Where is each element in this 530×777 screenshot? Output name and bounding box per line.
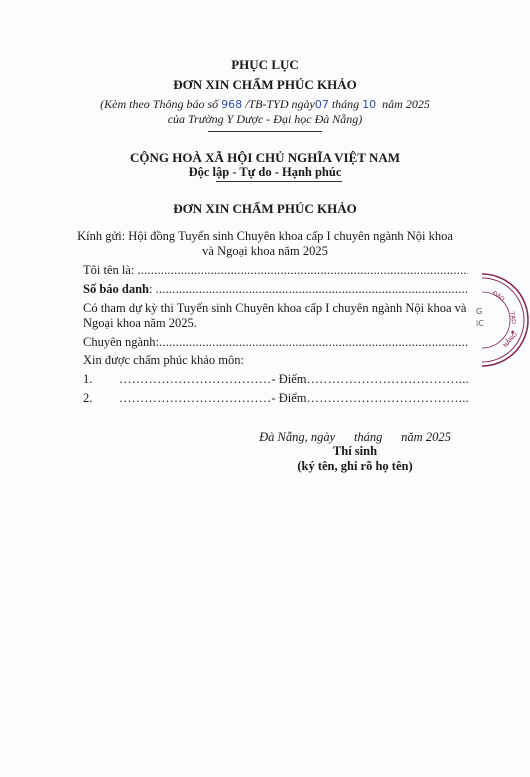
svg-text:★: ★ <box>510 329 515 336</box>
ref-month-label: tháng <box>332 97 359 111</box>
svg-text:G: G <box>476 307 482 316</box>
form-title: ĐƠN XIN CHẤM PHÚC KHẢO <box>0 201 530 217</box>
ref-day: 07 <box>315 98 329 111</box>
reference-line-2: của Trường Y Dược - Đại học Đà Nẵng) <box>0 112 530 127</box>
country-name: CỘNG HOÀ XÃ HỘI CHỦ NGHĨA VIỆT NAM <box>0 150 530 166</box>
ref-month: 10 <box>362 98 376 111</box>
recipient-line-2: và Ngoại khoa năm 2025 <box>0 244 530 259</box>
id-suffix: : <box>149 282 156 296</box>
svg-text:ĐÀO: ĐÀO <box>491 290 506 304</box>
place-date: Đà Nẵng, ngày tháng năm 2025 <box>240 430 470 445</box>
score-label: - Điểm <box>271 372 306 386</box>
subject-number: 1. <box>83 372 119 387</box>
subject-row[interactable]: 2.………………………………- Điểm………………………………........… <box>83 391 468 406</box>
exam-line-2: Ngoại khoa năm 2025. <box>83 316 468 331</box>
major-label: Chuyên ngành: <box>83 335 159 349</box>
svg-text:TẠO: TẠO <box>508 310 517 325</box>
name-field[interactable]: Tôi tên là: ............................… <box>83 263 468 278</box>
request-label: Xin được chấm phúc khảo môn: <box>83 353 468 368</box>
svg-text:iC: iC <box>476 319 484 328</box>
name-label: Tôi tên là: <box>83 263 138 277</box>
subject-number: 2. <box>83 391 119 406</box>
motto-underline <box>216 181 342 182</box>
national-motto: Độc lập - Tự do - Hạnh phúc <box>0 165 530 180</box>
id-label: Số báo danh <box>83 282 149 296</box>
signer-role: Thí sinh <box>240 444 470 459</box>
official-stamp-icon: ĐÀO TẠO NẴNG ★ G iC <box>430 270 530 370</box>
reference-line-1: (Kèm theo Thông báo số 968 /TB-TYD ngày0… <box>0 97 530 112</box>
subject-row[interactable]: 1.………………………………- Điểm………………………………........… <box>83 372 468 387</box>
id-field[interactable]: Số báo danh: ...........................… <box>83 282 468 297</box>
appendix-title: ĐƠN XIN CHẤM PHÚC KHẢO <box>0 77 530 93</box>
ref-mid: /TB-TYD ngày <box>245 97 315 111</box>
appendix-heading: PHỤC LỤC <box>0 57 530 73</box>
major-field[interactable]: Chuyên ngành:...........................… <box>83 335 468 350</box>
ref-number: 968 <box>221 98 242 111</box>
ref-year: năm 2025 <box>382 97 430 111</box>
recipient-line-1: Kính gửi: Hội đồng Tuyển sinh Chuyên kho… <box>0 229 530 244</box>
signature-note: (ký tên, ghi rõ họ tên) <box>240 459 470 474</box>
ref-prefix: (Kèm theo Thông báo số <box>100 97 218 111</box>
exam-line-1: Có tham dự kỳ thi Tuyển sinh Chuyên khoa… <box>83 301 468 316</box>
divider <box>208 131 322 132</box>
score-label: - Điểm <box>271 391 306 405</box>
